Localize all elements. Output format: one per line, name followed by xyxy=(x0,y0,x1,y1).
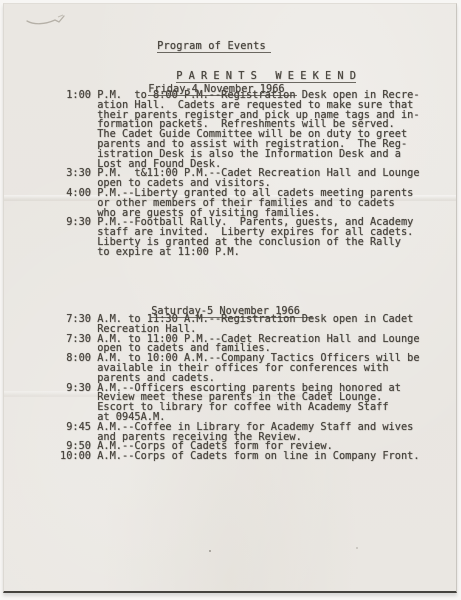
document-title-text: Program of Events xyxy=(157,40,271,53)
event-entry: 10:00 A.M.--Corps of Cadets form on line… xyxy=(60,452,420,462)
document-title: Program of Events xyxy=(4,40,424,52)
paper-speck xyxy=(209,550,211,552)
saturday-schedule: 7:30 A.M. to 11:30 A.M.--Registration De… xyxy=(60,315,420,462)
event-entry: 4:00 P.M.--Liberty granted to all cadets… xyxy=(60,189,420,218)
event-entry: 9:30 P.M.--Football Rally. Parents, gues… xyxy=(60,218,420,257)
event-entry: 9:30 A.M.--Officers escorting parents be… xyxy=(60,384,420,423)
friday-schedule: 1:00 P.M. to 8:00 P.M.--Registration Des… xyxy=(60,91,420,258)
event-entry: 7:30 A.M. to 11:30 A.M.--Registration De… xyxy=(60,315,420,335)
paper-speck xyxy=(356,547,358,549)
event-entry: 8:00 A.M. to 10:00 A.M.--Company Tactics… xyxy=(60,354,420,383)
event-entry: 1:00 P.M. to 8:00 P.M.--Registration Des… xyxy=(60,91,420,169)
document-page: Program of Events P A R E N T S W E E K … xyxy=(3,3,457,593)
pencil-mark-icon xyxy=(25,12,69,26)
photo-background: Program of Events P A R E N T S W E E K … xyxy=(0,0,461,600)
